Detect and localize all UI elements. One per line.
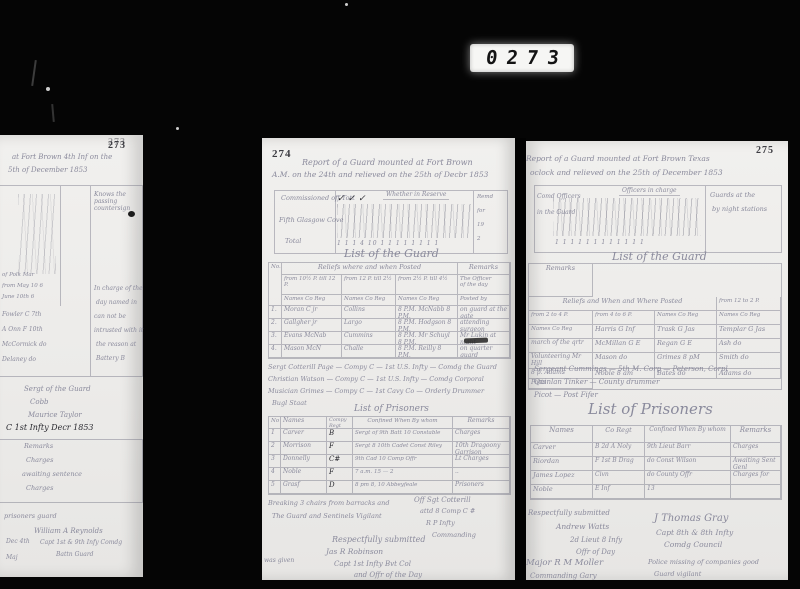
staff-line: Picot — Post Fifer: [534, 391, 598, 399]
signature-line: Comdg Council: [664, 541, 722, 550]
table-cell: Morrison: [281, 442, 327, 455]
table-cell: 8 P.M. McNabb 8 P.M.: [396, 306, 458, 319]
tally-column-header: Officers in charge: [619, 188, 680, 196]
handwritten-line: at Fort Brown 4th Inf on the: [12, 153, 112, 161]
handwritten-line: from May 10 6: [2, 283, 43, 289]
remark-line: the reason at: [96, 342, 136, 349]
report-title-line: oclock and relieved on the 25th of Decem…: [530, 169, 723, 178]
table-cell: 2.: [269, 319, 282, 332]
staff-line: Bugl Staat: [272, 400, 307, 407]
strength-table: Comd Officers in the Guard Officers in c…: [534, 185, 782, 253]
table-cell: Moran C jr: [282, 306, 342, 319]
table-cell: 8 P.M. Hodgson 8 P.M.: [396, 319, 458, 332]
staff-line: Sergeant Cummings — 5th M. Corp — Peters…: [534, 365, 728, 373]
table-cell: 9th Cad 10 Comp Offr: [353, 455, 453, 468]
side-note: by night stations: [712, 206, 767, 213]
remarks-box: Remarks Charges awaiting sentence Charge…: [0, 439, 143, 503]
table-cell: F 1st B Drag: [593, 457, 645, 471]
table-cell: 8 P.M. Mr Schuyl 8 P.M.: [396, 332, 458, 345]
sub-header: Names Co Reg: [717, 311, 781, 325]
page-274: 274 Report of a Guard mounted at Fort Br…: [262, 138, 515, 580]
submitted-line: Respectfully submitted: [528, 509, 610, 517]
table-cell: Challe: [342, 345, 396, 358]
cell-line: Charges: [26, 485, 54, 492]
report-title-line: Report of a Guard mounted at Fort Brown: [302, 158, 473, 167]
strength-table: Commissioned off Tott Fifth Glasgow Cove…: [274, 190, 508, 254]
page-number: 275: [756, 145, 774, 156]
column-header: Remarks: [458, 263, 510, 275]
table-cell: Ash do: [717, 339, 781, 353]
column-header: Compy Regt: [327, 417, 353, 429]
officer-note: The Officer of the day: [458, 275, 510, 295]
table-cell: 8 P.M. Reilly 8 P.M.: [396, 345, 458, 358]
remark-line: In charge of the: [94, 286, 143, 293]
column-header: No.: [269, 263, 282, 306]
submitted-line: Andrew Watts: [556, 523, 609, 532]
officer-note-line: of the day: [460, 282, 507, 288]
sub-header: Names Co Reg: [342, 295, 396, 306]
staff-line: Sergt Cotterill Page — Compy C — 1st U.S…: [268, 364, 497, 371]
time-cell: from 10½ P. till 12 P.: [282, 275, 342, 295]
table-cell: Lt Charges: [453, 455, 510, 468]
staff-line: Musician Grimes — Compy C — 1st Cavy Co …: [268, 388, 484, 395]
table-cell: F: [327, 468, 353, 481]
cell-line: Remarks: [24, 443, 53, 450]
table-cell: Mason McN: [282, 345, 342, 358]
dust-speck: [176, 127, 179, 130]
table-cell: Grasf: [281, 481, 327, 494]
remark-line: intrusted with it: [94, 328, 143, 335]
commander-line: Major R M Moller: [526, 559, 603, 569]
report-title-line: A.M. on the 24th and relieved on the 25t…: [272, 171, 488, 180]
roster-row: Delaney do: [2, 357, 36, 364]
table-cell: 8 pm 8, 10 Abbeyfeale: [353, 481, 453, 494]
handwritten-line: Sergt of the Guard: [24, 385, 91, 393]
table-cell: 3.: [269, 332, 282, 345]
table-cell: Noble: [281, 468, 327, 481]
table-cell: on quarter guard: [458, 345, 510, 358]
tally-numbers: 1 1 1 1 1 1 1 1 1 1 1 1: [555, 240, 645, 247]
table-cell: James Lopez: [531, 471, 593, 485]
submitted-line: Respectfully submitted: [332, 535, 426, 544]
table-cell: Sergt of 9th Batt 10 Constable: [353, 429, 453, 442]
submitted-line: Jas R Robinson: [326, 548, 383, 557]
submitted-line: Capt 1st Infty Bvt Col: [334, 560, 411, 568]
page-number: 274: [272, 148, 292, 160]
dust-speck: [46, 87, 50, 91]
side-note: 2: [477, 236, 481, 242]
tally-marks: [337, 204, 471, 238]
submitted-line: and Offr of the Day: [354, 571, 422, 579]
roster-row: A Onn F 10th: [2, 327, 43, 334]
side-note: for: [477, 208, 485, 214]
margin-note: Dec 4th: [6, 539, 30, 546]
table-cell: do Const Wilson: [645, 457, 731, 471]
column-header: Co Regt: [593, 426, 645, 443]
table-cell: Harris G Inf: [593, 325, 655, 339]
table-cell: 3: [269, 455, 281, 468]
page-number: 273: [108, 140, 126, 151]
frame-counter: 0273: [470, 44, 574, 72]
cell-line: awaiting sentence: [22, 471, 82, 478]
column-header: Confined When By whom: [645, 426, 731, 443]
side-note: Guards at the: [710, 192, 755, 199]
column-header: Names: [281, 417, 327, 429]
handwritten-note: Knows the passing countersign: [94, 192, 140, 213]
table-cell: on guard at the gate: [458, 306, 510, 319]
tally-column-header: Whether in Reserve: [383, 192, 449, 200]
note-line: Police missing of companies good: [648, 559, 759, 566]
signature-line: Capt 8th & 8th Infty: [656, 529, 733, 538]
side-note: 19: [477, 222, 484, 228]
handwritten-line: 5th of December 1853: [8, 166, 88, 174]
handwritten-line: C 1st Infty Decr 1853: [6, 423, 94, 432]
table-cell: C#: [327, 455, 353, 468]
table-cell: march of the qrtr: [529, 339, 593, 353]
side-note: Remd: [477, 194, 493, 200]
table-cell: B 2d A Noly: [593, 443, 645, 457]
table-cell: Awaiting Sent Genl: [731, 457, 781, 471]
sub-header: Names Co Reg: [396, 295, 458, 306]
signature-line: Commanding: [432, 532, 476, 539]
prisoners-table: Names Co Regt Confined When By whom Rema…: [530, 425, 782, 500]
remark-line: can not be: [94, 314, 126, 321]
report-line: Breaking 3 chairs from barracks and: [268, 500, 390, 507]
section-heading: List of the Guard: [612, 251, 707, 264]
signature-line: Battn Guard: [56, 552, 94, 559]
table-cell: D: [327, 481, 353, 494]
signature-line: Capt 1st & 9th Infy Comdg: [40, 540, 122, 547]
signature-line: R P Infty: [426, 520, 455, 527]
staff-line: Christian Watson — Compy C — 1st U.S. In…: [268, 376, 484, 383]
column-header: Remarks: [453, 417, 510, 429]
table-cell: 1: [269, 429, 281, 442]
film-scratch: [51, 104, 55, 122]
frame-counter-value: 0273: [475, 47, 568, 69]
table-cell: Donnelly: [281, 455, 327, 468]
column-header: No: [269, 417, 281, 429]
table-cell: Riordan: [531, 457, 593, 471]
tally-marks: [18, 194, 56, 274]
column-header: Reliefs and When and Where Posted: [529, 297, 717, 311]
time-cell: from 12 to 2 P.: [717, 297, 781, 311]
time-cell: from 2½ P. till 4½: [396, 275, 458, 295]
table-cell: 1.: [269, 306, 282, 319]
time-cell: from 12 P. till 2½: [342, 275, 396, 295]
signature-line: William A Reynolds: [34, 527, 103, 535]
handwritten-line: prisoners guard: [4, 513, 57, 520]
table-cell: Civn: [593, 471, 645, 485]
signature-line: Off Sgt Cotterill: [414, 496, 471, 504]
sub-header: Names Co Reg: [529, 325, 593, 339]
table-cell: [731, 485, 781, 499]
table-cell: Templar G Jas: [717, 325, 781, 339]
table-cell: Noble: [531, 485, 593, 499]
submitted-line: Offr of Day: [576, 548, 615, 556]
table-cell: 2: [269, 442, 281, 455]
column-header: Remarks: [529, 264, 593, 297]
guard-table: No. Reliefs where and when Posted Remark…: [268, 262, 511, 359]
table-cell: ..: [453, 468, 510, 481]
section-heading: List of Prisoners: [354, 404, 429, 414]
ink-smudge: [464, 338, 488, 344]
table-cell: Charges for: [731, 471, 781, 485]
roster-box: Knows the passing countersign of Polk Ma…: [0, 185, 143, 377]
handwritten-line: Maurice Taylor: [28, 411, 82, 419]
sub-header: Names Co Reg: [282, 295, 342, 306]
page-273: 273 at Fort Brown 4th Inf on the 5th of …: [0, 135, 143, 577]
staff-line: Quinlan Tinker — County drummer: [534, 378, 659, 386]
table-cell: 13: [645, 485, 731, 499]
signature-line: attd 8 Comp C #: [420, 508, 475, 515]
time-cell: from 4 to 6 P.: [593, 311, 655, 325]
sub-header: Names Co Reg: [655, 311, 717, 325]
table-cell: E Inf: [593, 485, 645, 499]
table-cell: Carver: [531, 443, 593, 457]
time-cell: from 2 to 4 P.: [529, 311, 593, 325]
table-cell: Charges: [731, 443, 781, 457]
handwritten-line: June 10th 6: [2, 294, 34, 300]
sub-header: Posted by: [458, 295, 510, 306]
table-cell: 9th Lieut Barr: [645, 443, 731, 457]
report-title-line: Report of a Guard mounted at Fort Brown …: [526, 155, 710, 164]
signature-line: J Thomas Gray: [654, 513, 728, 525]
tally-marks: [553, 198, 701, 236]
section-heading: List of the Guard: [344, 248, 439, 261]
table-cell: 4.: [269, 345, 282, 358]
note-line: Guard vigilant: [654, 571, 701, 578]
row-label: Total: [285, 238, 301, 245]
prisoners-table: No Names Compy Regt Confined When By who…: [268, 416, 511, 495]
roster-row: McCormick do: [2, 342, 47, 349]
table-cell: Prisoners: [453, 481, 510, 494]
submitted-line: 2d Lieut 8 Infy: [570, 536, 622, 544]
table-cell: Charges: [453, 429, 510, 442]
table-cell: Trask G Jas: [655, 325, 717, 339]
table-cell: attending surgeon: [458, 319, 510, 332]
check-marks: ✓✓✓: [337, 194, 369, 204]
remark-line: Battery B: [96, 356, 125, 363]
row-label: Fifth Glasgow Cove: [279, 217, 343, 224]
section-heading: List of Prisoners: [588, 401, 713, 418]
film-scratch: [31, 60, 37, 86]
table-cell: Carver: [281, 429, 327, 442]
margin-note: Maj: [6, 555, 18, 562]
column-header: Remarks: [731, 426, 781, 443]
column-header: Confined When By whom: [353, 417, 453, 429]
table-cell: B: [327, 429, 353, 442]
table-cell: Largo: [342, 319, 396, 332]
commander-line: Commanding Gary: [530, 572, 597, 580]
handwritten-line: Cobb: [30, 398, 49, 406]
table-cell: 5: [269, 481, 281, 494]
remark-line: day named in: [96, 300, 137, 307]
table-cell: Collins: [342, 306, 396, 319]
report-line: The Guard and Sentinels Vigilant: [272, 513, 382, 520]
table-cell: F: [327, 442, 353, 455]
roster-row: Fowler C 7th: [2, 312, 41, 319]
table-cell: Gallgher jr: [282, 319, 342, 332]
table-cell: McMillan G E: [593, 339, 655, 353]
book-gutter: [515, 138, 526, 580]
table-cell: 10th Dragoony Garrison: [453, 442, 510, 455]
cell-line: Charges: [26, 457, 54, 464]
microfilm-frame: 0273 273 at Fort Brown 4th Inf on the 5t…: [0, 0, 800, 589]
table-cell: Cummins: [342, 332, 396, 345]
table-cell: 4: [269, 468, 281, 481]
table-cell: do County Offr: [645, 471, 731, 485]
column-header: Reliefs where and when Posted: [282, 263, 458, 275]
table-cell: Evans McNab: [282, 332, 342, 345]
ink-blot: [128, 211, 135, 217]
table-cell: Sergt 8 10th Cadet Const Riley: [353, 442, 453, 455]
table-cell: Regan G E: [655, 339, 717, 353]
column-header: Names: [531, 426, 593, 443]
page-275: 275 Report of a Guard mounted at Fort Br…: [526, 141, 788, 580]
dust-speck: [345, 3, 348, 6]
margin-note: was given: [264, 558, 294, 565]
table-cell: 7 a.m. 15 — 2: [353, 468, 453, 481]
handwritten-line: of Polk Mar: [2, 272, 34, 278]
